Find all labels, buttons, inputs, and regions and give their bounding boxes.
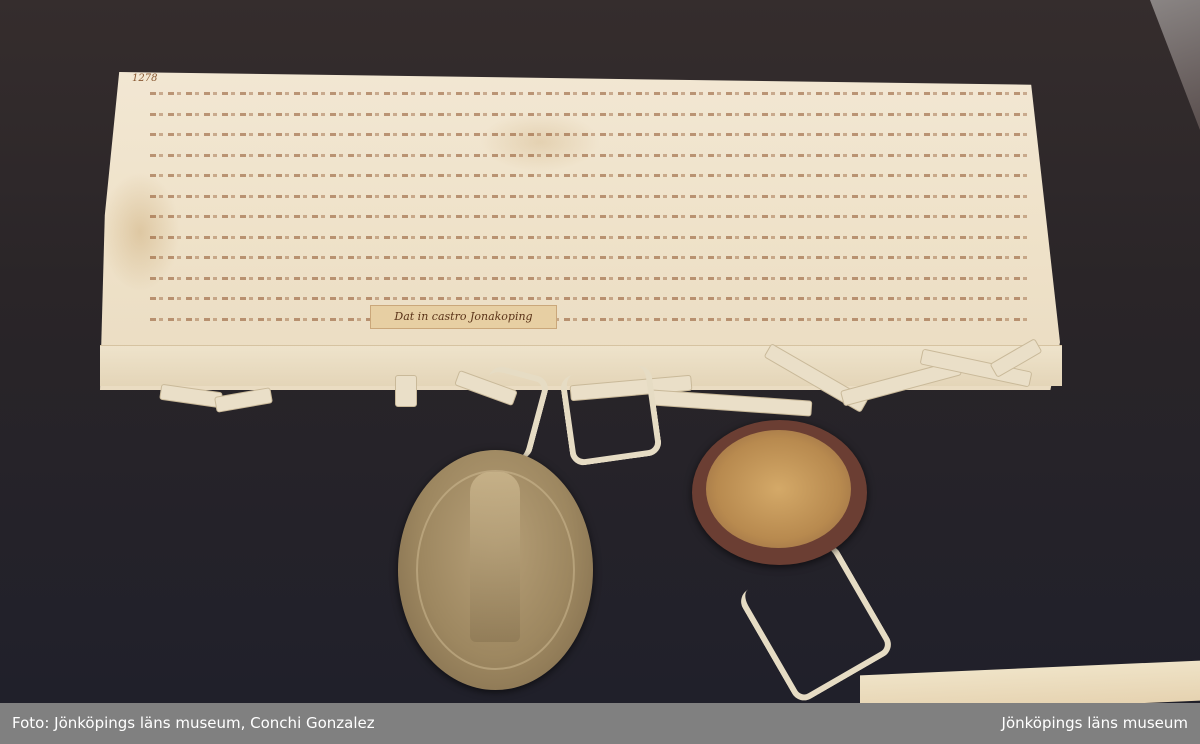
place-label-slip: Dat in castro Jonakoping [370, 305, 557, 329]
text-line [150, 246, 1030, 267]
text-line [150, 287, 1030, 308]
text-line [150, 103, 1030, 124]
photograph: 1278 Dat in castro Jonakoping [0, 0, 1200, 703]
text-line [150, 205, 1030, 226]
oval-wax-seal [398, 450, 593, 690]
seal-impression [706, 430, 851, 548]
text-line [150, 144, 1030, 165]
text-line [150, 267, 1030, 288]
photo-credit: Foto: Jönköpings läns museum, Conchi Gon… [12, 703, 375, 744]
institution-name: Jönköpings läns museum [1002, 703, 1188, 744]
caption-bar: Foto: Jönköpings läns museum, Conchi Gon… [0, 703, 1200, 744]
date-annotation: 1278 [132, 73, 157, 84]
text-line [150, 82, 1030, 103]
text-line [150, 123, 1030, 144]
seated-bishop-figure [470, 472, 520, 642]
round-wax-seal [692, 420, 867, 565]
seal-cord [559, 364, 663, 467]
text-line [150, 226, 1030, 247]
manuscript-text-lines [150, 82, 1030, 328]
text-line [150, 164, 1030, 185]
parchment-strip [395, 375, 417, 407]
text-line [150, 185, 1030, 206]
text-line [150, 308, 1030, 329]
